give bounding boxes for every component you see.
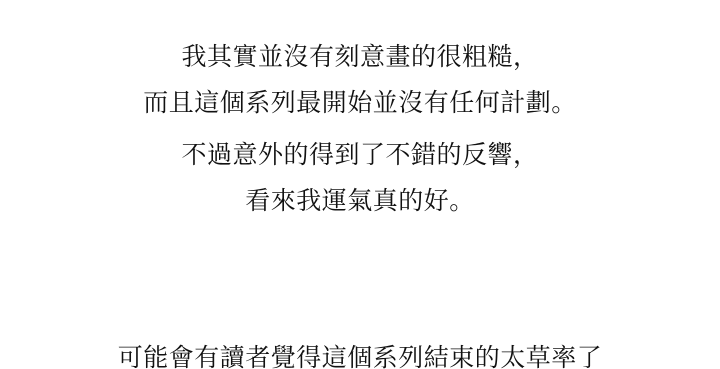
text-line: 看來我運氣真的好。 (0, 186, 720, 216)
text-line: 可能會有讀者覺得這個系列結束的太草率了 (0, 343, 720, 369)
text-line: 不過意外的得到了不錯的反響， (0, 140, 720, 170)
text-line: 而且這個系列最開始並沒有任何計劃。 (0, 88, 720, 118)
text-line: 我其實並沒有刻意畫的很粗糙， (0, 42, 720, 72)
